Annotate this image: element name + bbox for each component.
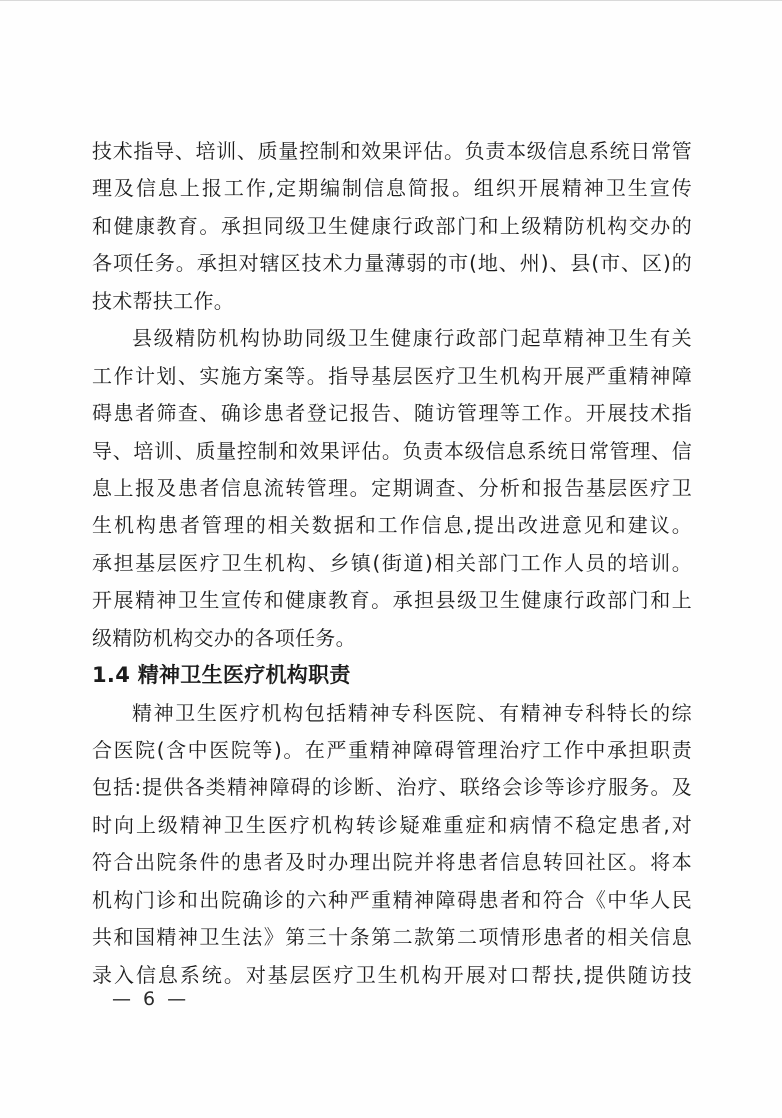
body-line-paragraph-start: 精神卫生医疗机构包括精神专科医院、有精神专科特长的综: [92, 695, 692, 732]
body-line: 和健康教育。承担同级卫生健康行政部门和上级精防机构交办的: [92, 208, 692, 245]
body-line: 机构门诊和出院确诊的六种严重精神障碍患者和符合《中华人民: [92, 882, 692, 919]
body-line-paragraph-end: 级精防机构交办的各项任务。: [92, 620, 692, 657]
body-line: 导、培训、质量控制和效果评估。负责本级信息系统日常管理、信: [92, 433, 692, 470]
body-line: 息上报及患者信息流转管理。定期调查、分析和报告基层医疗卫: [92, 470, 692, 507]
body-line: 技术指导、培训、质量控制和效果评估。负责本级信息系统日常管: [92, 133, 692, 170]
body-line: 碍患者筛查、确诊患者登记报告、随访管理等工作。开展技术指: [92, 395, 692, 432]
page-number: — 6 —: [112, 988, 189, 1010]
body-line: 共和国精神卫生法》第三十条第二款第二项情形患者的相关信息: [92, 919, 692, 956]
scan-top-edge: [0, 0, 782, 1]
section-heading-1-4: 1.4 精神卫生医疗机构职责: [92, 657, 692, 694]
body-line: 承担基层医疗卫生机构、乡镇(街道)相关部门工作人员的培训。: [92, 545, 692, 582]
body-line: 符合出院条件的患者及时办理出院并将患者信息转回社区。将本: [92, 844, 692, 881]
document-page: { "page": { "footer": { "page_number": "…: [0, 0, 782, 1118]
body-line: 包括:提供各类精神障碍的诊断、治疗、联络会诊等诊疗服务。及: [92, 769, 692, 806]
body-line: 生机构患者管理的相关数据和工作信息,提出改进意见和建议。: [92, 507, 692, 544]
body-line-paragraph-start: 县级精防机构协助同级卫生健康行政部门起草精神卫生有关: [92, 320, 692, 357]
document-text-block: 技术指导、培训、质量控制和效果评估。负责本级信息系统日常管 理及信息上报工作,定…: [92, 133, 692, 994]
body-line-paragraph-end: 技术帮扶工作。: [92, 283, 692, 320]
body-line: 各项任务。承担对辖区技术力量薄弱的市(地、州)、县(市、区)的: [92, 245, 692, 282]
body-line: 开展精神卫生宣传和健康教育。承担县级卫生健康行政部门和上: [92, 582, 692, 619]
body-line: 时向上级精神卫生医疗机构转诊疑难重症和病情不稳定患者,对: [92, 807, 692, 844]
body-line: 合医院(含中医院等)。在严重精神障碍管理治疗工作中承担职责: [92, 732, 692, 769]
body-line: 理及信息上报工作,定期编制信息简报。组织开展精神卫生宣传: [92, 170, 692, 207]
body-line: 工作计划、实施方案等。指导基层医疗卫生机构开展严重精神障: [92, 358, 692, 395]
